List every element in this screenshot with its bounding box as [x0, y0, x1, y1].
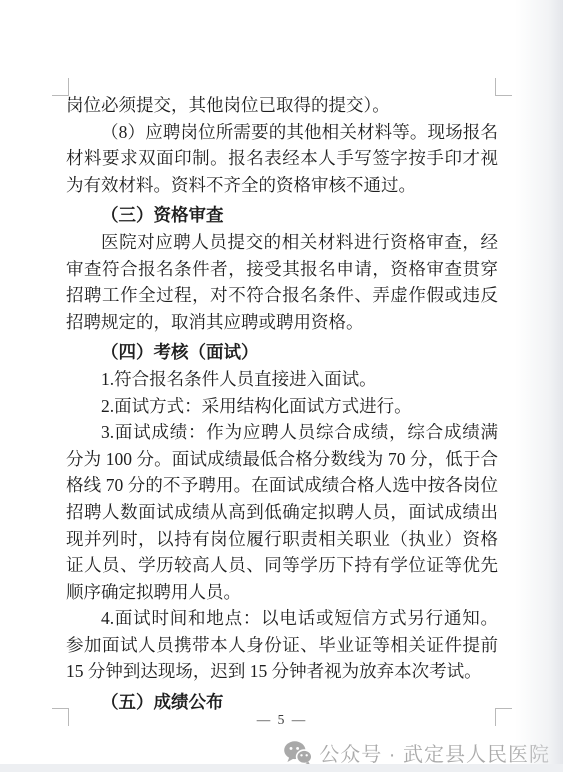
paragraph: 3.面试成绩：作为应聘人员综合成绩，综合成绩满分为 100 分。面试成绩最低合格…: [66, 419, 498, 605]
page-number: — 5 —: [66, 712, 498, 728]
paragraph: 医院对应聘人员提交的相关材料进行资格审查，经审查符合报名条件者，接受其报名申请，…: [66, 229, 498, 335]
scan-bottom-strip: [0, 764, 563, 772]
paragraph: 岗位必须提交，其他岗位已取得的提交）。: [66, 92, 498, 119]
scan-edge-shade: [515, 0, 563, 772]
paragraph: 1.符合报名条件人员直接进入面试。: [66, 366, 498, 393]
document-page: 岗位必须提交，其他岗位已取得的提交）。 （8）应聘岗位所需要的其他相关材料等。现…: [0, 0, 563, 772]
wechat-watermark: 公众号 · 武定县人民医院: [284, 738, 550, 767]
paragraph: 2.面试方式：采用结构化面试方式进行。: [66, 393, 498, 420]
section-heading: （四）考核（面试）: [66, 339, 498, 366]
document-body: 岗位必须提交，其他岗位已取得的提交）。 （8）应聘岗位所需要的其他相关材料等。现…: [66, 92, 498, 716]
paragraph: 4.面试时间和地点：以电话或短信方式另行通知。参加面试人员携带本人身份证、毕业证…: [66, 605, 498, 685]
wechat-icon: [284, 741, 312, 765]
section-heading: （三）资格审查: [66, 202, 498, 229]
paragraph: （8）应聘岗位所需要的其他相关材料等。现场报名材料要求双面印制。报名表经本人手写…: [66, 119, 498, 199]
watermark-label: 公众号 · 武定县人民医院: [319, 738, 550, 767]
